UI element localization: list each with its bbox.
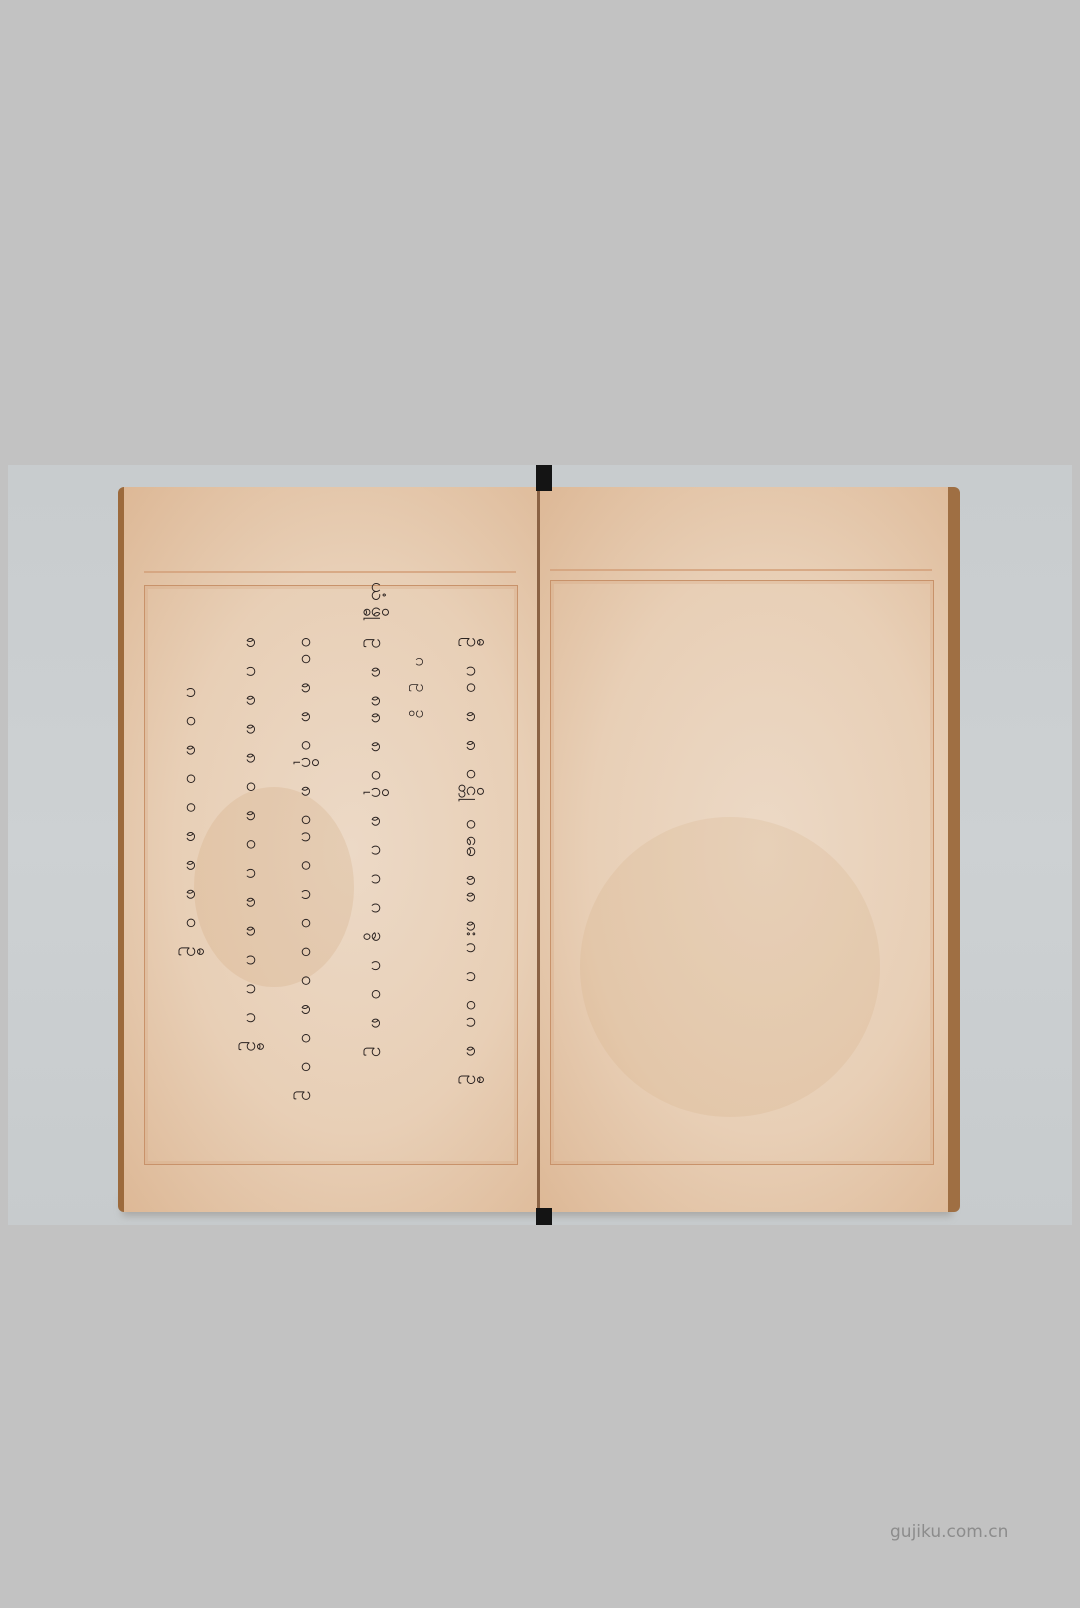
- text-column-6: ဂ ၀ ၈ ၀ ၀ ၈ ၈ ၈ ၀ ဦ: [179, 687, 207, 963]
- binding-cord-bottom: [536, 1208, 552, 1225]
- text-column-3: ယံဖ္ဓို ဥ ၈ ၈၈ ၈ ၀ဂို ၈ ဂ ဂ ဂ ခွ ဂ ၀ ၈ ဥ: [364, 582, 392, 1063]
- right-page: [540, 487, 960, 1212]
- top-rule: [550, 569, 932, 571]
- text-column-1: ဦ ဂဝ ၈ ၈ ၀င္တို ၀ဓေ ၈၈ ၈းဂ ဂ ၀ဂ ၈ ဦ: [459, 637, 487, 1091]
- paper-stain: [194, 787, 354, 987]
- left-page: ဦ ဂဝ ၈ ၈ ၀င္တို ၀ဓေ ၈၈ ၈းဂ ဂ ၀ဂ ၈ ဦ ဂ ဥ …: [118, 487, 538, 1212]
- text-column-2: ဂ ဥ ၁ွ: [409, 657, 433, 724]
- top-rule: [144, 571, 516, 573]
- paper-stain: [580, 817, 880, 1117]
- book-spine: [537, 487, 540, 1212]
- watermark: gujiku.com.cn: [890, 1522, 1008, 1542]
- text-column-5: ၈ ဂ ၈ ၈ ၈ ၀ ၈ ၀ ဂ ၈ ၈ ဂ ဂ ဂ ဦ: [239, 637, 267, 1058]
- binding-cord-top: [536, 465, 552, 491]
- text-column-4: ၀ဝ ၈ ၈ ၀ဂို ၈ ၀ဂ ၀ ဂ ၀ ၀ ၀ ၈ ၀ ၀ ဥ: [294, 637, 322, 1107]
